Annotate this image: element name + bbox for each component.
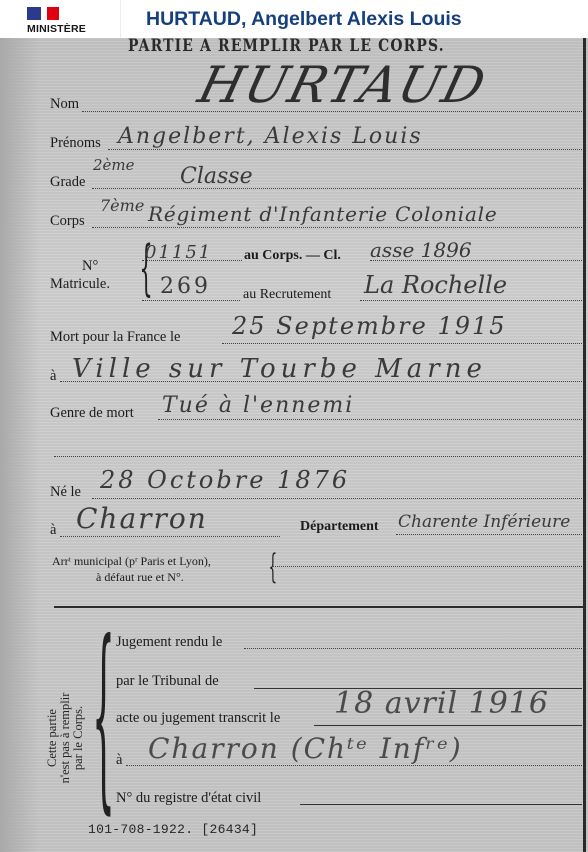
form-reference-code: 101-708-1922. [26434] xyxy=(88,822,258,837)
matricule-classe-dotted-line xyxy=(370,260,582,261)
section-divider xyxy=(54,606,584,608)
grade-ordinal: 2ème xyxy=(93,156,135,174)
transcrit-value: 18 avril 1916 xyxy=(334,686,549,721)
genre-de-mort-label: Genre de mort xyxy=(50,405,134,422)
non-corps-side-note: Cette partie n'est pas à remplir par le … xyxy=(46,658,85,818)
matricule-recrutement-dotted-line xyxy=(142,300,240,301)
blank-dotted-line xyxy=(54,456,582,457)
lieu-naissance-label: à xyxy=(50,522,56,539)
departement-dotted-line xyxy=(396,534,582,535)
arrondissement-dotted-line xyxy=(272,566,582,567)
grade-dotted-line xyxy=(92,188,582,189)
matricule-recrutement-number: 269 xyxy=(160,274,211,299)
genre-de-mort-value: Tué à l'ennemi xyxy=(162,393,354,418)
tribunal-label: par le Tribunal de xyxy=(116,673,219,690)
corps-label: Corps xyxy=(50,213,85,230)
side-note-line3: par le Corps. xyxy=(72,658,85,818)
departement-value: Charente Inférieure xyxy=(398,512,570,532)
death-record-scan: PARTIE A REMPLIR PAR LE CORPS. Nom HURTA… xyxy=(0,38,588,852)
prenoms-dotted-line xyxy=(108,149,582,150)
arrondissement-brace: { xyxy=(268,550,277,584)
mort-pour-la-france-label: Mort pour la France le xyxy=(50,329,180,346)
marianne-flag-icon xyxy=(27,7,59,20)
nom-label: Nom xyxy=(50,96,79,113)
header-divider xyxy=(120,0,121,38)
arrondissement-label-line2: à défaut rue et N°. xyxy=(96,570,184,585)
registre-line xyxy=(300,804,582,805)
site-header: MINISTÈRE HURTAUD, Angelbert Alexis Loui… xyxy=(0,0,588,38)
ne-le-dotted-line xyxy=(92,498,582,499)
corps-value: Régiment d'Infanterie Coloniale xyxy=(148,202,498,226)
page-title: HURTAUD, Angelbert Alexis Louis xyxy=(146,8,462,31)
lieu-deces-label: à xyxy=(50,368,56,385)
ne-le-label: Né le xyxy=(50,484,81,501)
grade-label: Grade xyxy=(50,174,85,191)
transcrit-line xyxy=(314,725,582,726)
matricule-recrutement-label: au Recrutement xyxy=(243,287,331,303)
nom-value: HURTAUD xyxy=(193,56,493,114)
form-heading: PARTIE A REMPLIR PAR LE CORPS. xyxy=(128,38,445,56)
lieu-naissance-value: Charron xyxy=(76,502,208,535)
matricule-label-line2: Matricule. xyxy=(50,276,110,293)
corps-dotted-line xyxy=(92,227,582,228)
non-corps-brace: { xyxy=(92,626,115,806)
scan-shadow xyxy=(0,38,40,852)
arrondissement-label-line1: Arrᵗ municipal (pʳ Paris et Lyon), xyxy=(52,554,211,569)
ministry-logo[interactable]: MINISTÈRE xyxy=(0,0,120,38)
lieu-naissance-dotted-line xyxy=(60,536,280,537)
matricule-recrutement-line xyxy=(360,300,582,301)
matricule-corps-dotted-line xyxy=(142,260,242,261)
mort-pour-la-france-value: 25 Septembre 1915 xyxy=(232,312,507,340)
prenoms-value: Angelbert, Alexis Louis xyxy=(118,124,423,149)
departement-label: Département xyxy=(300,519,379,535)
prenoms-label: Prénoms xyxy=(50,135,101,152)
jugement-line xyxy=(244,648,582,649)
ne-le-value: 28 Octobre 1876 xyxy=(100,466,350,494)
matricule-corps-label: au Corps. — Cl. xyxy=(244,248,341,264)
grade-value: Classe xyxy=(180,164,253,189)
matricule-label-line1: N° xyxy=(82,258,98,275)
matricule-classe-value: asse 1896 xyxy=(370,238,472,262)
lieu-transcription-value: Charron (Chᵗᵉ Infʳᵉ) xyxy=(148,732,463,765)
ministry-logo-label: MINISTÈRE xyxy=(27,23,86,35)
jugement-label: Jugement rendu le xyxy=(116,634,222,651)
registre-label: N° du registre d'état civil xyxy=(116,790,261,807)
mort-pour-la-france-dotted-line xyxy=(222,343,582,344)
corps-ordinal: 7ème xyxy=(100,196,144,215)
transcrit-label: acte ou jugement transcrit le xyxy=(116,710,280,727)
lieu-transcription-line xyxy=(126,765,582,766)
genre-de-mort-dotted-line xyxy=(158,419,582,420)
scan-edge-line xyxy=(583,38,586,852)
matricule-recrutement-value: La Rochelle xyxy=(364,271,507,299)
lieu-transcription-label: à xyxy=(116,752,122,769)
lieu-deces-value: Ville sur Tourbe Marne xyxy=(72,354,487,384)
